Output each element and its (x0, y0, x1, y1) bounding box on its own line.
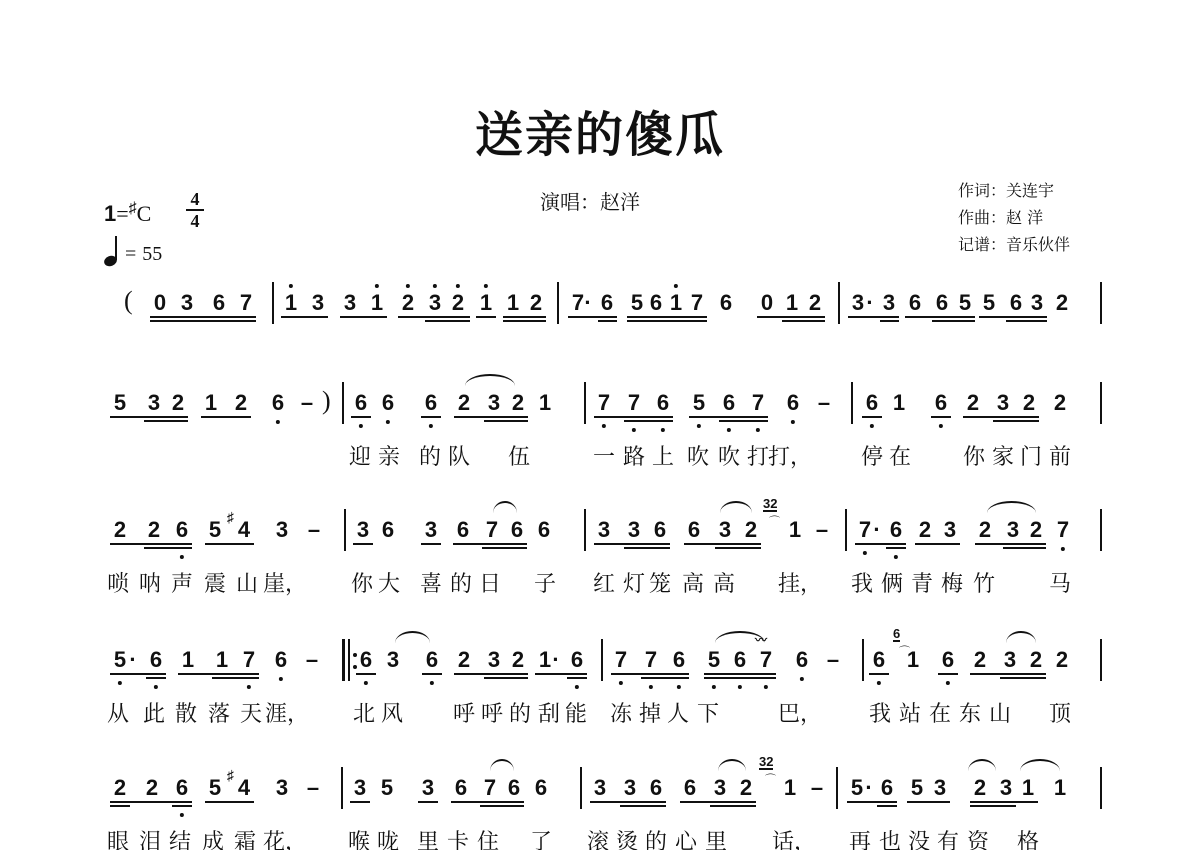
note: 2 (974, 775, 986, 801)
transcriber: 记谱：音乐伙伴 (958, 231, 1070, 258)
beam-underline (704, 677, 776, 679)
note: 6 (866, 390, 878, 416)
beam-underline (418, 801, 438, 803)
key-signature: 1=♯C (104, 200, 151, 227)
barline (862, 639, 864, 681)
note: 6 (657, 390, 669, 416)
note: 2 (146, 775, 158, 801)
note: 5 (381, 775, 393, 801)
low-octave-dot (429, 424, 433, 428)
note: 3 (429, 290, 441, 316)
note: 6 (425, 390, 437, 416)
note: 2 (452, 290, 464, 316)
beam-underline (503, 320, 546, 322)
beam-underline (340, 316, 387, 318)
lyric-syllable: 再 (849, 825, 871, 850)
low-octave-dot (276, 420, 280, 424)
beam-underline (1006, 320, 1047, 322)
note: 3 (1007, 517, 1019, 543)
note: 6 (176, 775, 188, 801)
beam-underline (350, 801, 370, 803)
note: 3 (624, 775, 636, 801)
note: 2 (740, 775, 752, 801)
note: 6 (909, 290, 921, 316)
note: 3 (883, 290, 895, 316)
note: 6 (796, 647, 808, 673)
composer: 作曲：赵 洋 (958, 204, 1070, 231)
low-octave-dot (649, 685, 653, 689)
note: 3 (598, 517, 610, 543)
lyric-syllable: 结 (169, 825, 191, 850)
note: 6 (890, 517, 902, 543)
note: 2 (235, 390, 247, 416)
note: 7 (598, 390, 610, 416)
lyric-syllable: 崖， (263, 567, 307, 598)
barline (1100, 767, 1102, 809)
beam-underline (877, 805, 897, 807)
beam-underline (627, 320, 707, 322)
note: 2 (1054, 390, 1066, 416)
note: 6 (684, 775, 696, 801)
beam-underline (684, 543, 761, 545)
low-octave-dot (697, 424, 701, 428)
note: 7 (1057, 517, 1069, 543)
lyric-syllable: 呼 (453, 697, 475, 728)
lyric-syllable: 震 (204, 567, 226, 598)
note: 2 (1023, 390, 1035, 416)
low-octave-dot (619, 681, 623, 685)
note: 0 (154, 290, 166, 316)
low-octave-dot (727, 428, 731, 432)
beam-underline (905, 316, 975, 318)
lyric-syllable: 打 (747, 440, 769, 471)
note: 3 (312, 290, 324, 316)
note: 3 (422, 775, 434, 801)
lyric-syllable: 喜 (420, 567, 442, 598)
lyric-syllable: 话， (772, 825, 816, 850)
dash-sustain: – (811, 775, 823, 801)
lyric-syllable: 你 (963, 440, 985, 471)
barline (344, 509, 346, 551)
low-octave-dot (247, 685, 251, 689)
beam-underline (567, 677, 587, 679)
note: 6 (355, 390, 367, 416)
note: 6 (1010, 290, 1022, 316)
beam-underline (178, 673, 259, 675)
lyric-syllable: 资 (967, 825, 989, 850)
lyric-syllable: 前 (1049, 440, 1071, 471)
note: 3 (357, 517, 369, 543)
barline (1100, 382, 1102, 424)
note: 1 (1054, 775, 1066, 801)
lyric-syllable: 从 (107, 697, 129, 728)
low-octave-dot (791, 420, 795, 424)
note: 2 (967, 390, 979, 416)
note: 6 (688, 517, 700, 543)
note: 5 (959, 290, 971, 316)
beam-underline (757, 316, 825, 318)
note: 2 (114, 775, 126, 801)
lyric-syllable: 花， (263, 825, 307, 850)
note: 2 (458, 647, 470, 673)
notes-line: 22654♯3–35367663366321–5·653231132⌒ (0, 775, 1200, 815)
beam-underline (205, 801, 254, 803)
beam-underline (353, 543, 373, 545)
lyric-syllable: 迎 (349, 440, 371, 471)
note: 1 (507, 290, 519, 316)
notes-line: 036713312321127·6561760123·36655632( (0, 290, 1200, 330)
lyric-syllable: 成 (202, 825, 224, 850)
low-octave-dot (946, 681, 950, 685)
note: 7 (572, 290, 584, 316)
note: 1 (539, 647, 551, 673)
lyric-syllable: 了 (530, 825, 552, 850)
note: 6 (213, 290, 225, 316)
performer: 演唱：赵洋 (540, 186, 640, 215)
lyric-syllable: 笼 (649, 567, 671, 598)
note: 7 (760, 647, 772, 673)
note: 3 (852, 290, 864, 316)
note: 6 (650, 290, 662, 316)
note: 6 (734, 647, 746, 673)
beam-underline (482, 547, 527, 549)
beam-underline (931, 416, 951, 418)
lyric-syllable: 眼 (107, 825, 129, 850)
note: 3 (997, 390, 1009, 416)
note: 1 (670, 290, 682, 316)
lyric-syllable: 的 (419, 440, 441, 471)
quarter-note-icon (103, 236, 119, 266)
note: 6 (508, 775, 520, 801)
tempo-bpm: 55 (142, 243, 162, 266)
lyric-syllable: 挂， (778, 567, 822, 598)
note: 6 (272, 390, 284, 416)
lyric-syllable: 青 (911, 567, 933, 598)
beam-underline (689, 416, 768, 418)
barline (1100, 509, 1102, 551)
note: 6 (942, 647, 954, 673)
beam-underline (535, 673, 587, 675)
note: 2 (172, 390, 184, 416)
note: 6 (275, 647, 287, 673)
high-octave-dot (484, 284, 488, 288)
lyric-syllable: 打， (768, 440, 812, 471)
key-tonic: 1 (104, 201, 116, 226)
low-octave-dot (800, 677, 804, 681)
note: 6 (673, 647, 685, 673)
note: 5 (209, 517, 221, 543)
lyric-syllable: 呐 (139, 567, 161, 598)
note: 7 (243, 647, 255, 673)
note: 2 (809, 290, 821, 316)
low-octave-dot (430, 681, 434, 685)
dotted-rhythm: · (552, 647, 559, 673)
dotted-rhythm: · (873, 517, 880, 543)
note: 3 (387, 647, 399, 673)
beam-underline (281, 316, 328, 318)
beam-underline (970, 805, 1016, 807)
low-octave-dot (359, 424, 363, 428)
lyric-syllable: 下 (697, 697, 719, 728)
beam-underline (150, 316, 256, 318)
note: 1 (285, 290, 297, 316)
beam-underline (915, 543, 960, 545)
lyric-syllable: 里 (705, 825, 727, 850)
note: 6 (936, 290, 948, 316)
lyric-syllable: 山 (236, 567, 258, 598)
beam-underline (476, 316, 496, 318)
note: 6 (571, 647, 583, 673)
beam-underline (963, 416, 1039, 418)
beam-underline (886, 547, 906, 549)
lyric-syllable: 呼 (481, 697, 503, 728)
lyric-syllable: 山 (989, 697, 1011, 728)
lyric-syllable: 风 (381, 697, 403, 728)
lyricist: 作词：关连宇 (958, 177, 1070, 204)
grace-note: 32 (763, 497, 777, 512)
low-octave-dot (738, 685, 742, 689)
beam-underline (869, 673, 889, 675)
note: 7 (645, 647, 657, 673)
low-octave-dot (279, 677, 283, 681)
beam-underline (201, 416, 251, 418)
note: 3 (181, 290, 193, 316)
beam-underline (611, 673, 689, 675)
beam-underline (848, 316, 899, 318)
beam-underline (150, 320, 256, 322)
lyric-syllable: 唢 (107, 567, 129, 598)
lyric-syllable: 格 (1017, 825, 1039, 850)
lyric-syllable: 此 (143, 697, 165, 728)
note: 7 (615, 647, 627, 673)
beam-underline (421, 543, 441, 545)
beam-underline (484, 420, 528, 422)
song-title: 送亲的傻瓜 (0, 96, 1200, 165)
high-octave-dot (433, 284, 437, 288)
lyric-syllable: 伍 (508, 440, 530, 471)
note: 1 (539, 390, 551, 416)
note: 0 (761, 290, 773, 316)
note: 1 (480, 290, 492, 316)
low-octave-dot (602, 424, 606, 428)
note: 2 (1056, 290, 1068, 316)
lyric-syllable: 落 (208, 697, 230, 728)
high-octave-dot (456, 284, 460, 288)
note: 6 (457, 517, 469, 543)
lyric-syllable: 在 (929, 697, 951, 728)
note: 7 (240, 290, 252, 316)
note: 2 (1030, 647, 1042, 673)
barline (851, 382, 853, 424)
note: 6 (382, 517, 394, 543)
slur-arc (718, 759, 746, 771)
barline (838, 282, 840, 324)
note: 6 (360, 647, 372, 673)
lyric-syllable: 也 (879, 825, 901, 850)
note: 5 (631, 290, 643, 316)
lyric-syllable: 子 (534, 567, 556, 598)
barline (272, 282, 274, 324)
low-octave-dot (180, 813, 184, 817)
lyric-syllable: 烫 (616, 825, 638, 850)
lyric-syllable: 巴， (778, 697, 822, 728)
lyric-syllable: 的 (645, 825, 667, 850)
barline (1100, 282, 1102, 324)
repeat-dot (353, 653, 357, 657)
note: 4♯ (238, 775, 250, 801)
lyric-syllable: 住 (477, 825, 499, 850)
lyric-syllable: 俩 (881, 567, 903, 598)
low-octave-dot (870, 424, 874, 428)
lyric-syllable: 门 (1020, 440, 1042, 471)
lyric-syllable: 一 (593, 440, 615, 471)
note: 6 (511, 517, 523, 543)
beam-underline (641, 677, 689, 679)
notes-line: 22654♯3–36367663366321–7·623232732⌒ (0, 517, 1200, 557)
beam-underline (351, 416, 371, 418)
note: 1 (786, 290, 798, 316)
note: 3 (944, 517, 956, 543)
note: 3 (276, 517, 288, 543)
lyric-syllable: 马 (1049, 567, 1071, 598)
mordent-icon: 〰 (755, 631, 764, 648)
beam-underline (110, 673, 166, 675)
repeat-barline-thick (342, 639, 345, 681)
note: 3 (1031, 290, 1043, 316)
beam-underline (356, 673, 376, 675)
beam-underline (212, 677, 259, 679)
low-octave-dot (180, 555, 184, 559)
lyric-syllable: 涯， (265, 697, 309, 728)
lyric-syllable: 北 (353, 697, 375, 728)
beam-underline (624, 547, 670, 549)
intro-paren-open: ( (124, 286, 133, 316)
note: 3 (714, 775, 726, 801)
note: 2 (919, 517, 931, 543)
note: 2 (512, 390, 524, 416)
lyric-syllable: 日 (479, 567, 501, 598)
note: 6 (654, 517, 666, 543)
beam-underline (715, 547, 761, 549)
slur-arc (1006, 631, 1036, 643)
beam-underline (627, 316, 707, 318)
barline (601, 639, 603, 681)
low-octave-dot (661, 428, 665, 432)
beam-underline (484, 677, 528, 679)
beam-underline (932, 320, 975, 322)
lyric-syllable: 你 (351, 567, 373, 598)
sharp-icon: ♯ (227, 509, 234, 525)
beam-underline (782, 320, 825, 322)
beam-underline (880, 320, 899, 322)
lyric-syllable: 停 (861, 440, 883, 471)
beam-underline (146, 677, 166, 679)
note: 3 (1004, 647, 1016, 673)
slur-arc (395, 631, 430, 643)
note: 3 (719, 517, 731, 543)
beam-underline (110, 543, 192, 545)
key-equals: = (116, 201, 128, 226)
beam-underline (620, 805, 666, 807)
low-octave-dot (1061, 547, 1065, 551)
note: 5 (209, 775, 221, 801)
low-octave-dot (756, 428, 760, 432)
beam-underline (110, 805, 130, 807)
dotted-rhythm: · (584, 290, 591, 316)
credits: 作词：关连宇 作曲：赵 洋 记谱：音乐伙伴 (958, 177, 1070, 258)
barline (342, 382, 344, 424)
lyric-syllable: 人 (667, 697, 689, 728)
low-octave-dot (575, 685, 579, 689)
slur-arc (968, 759, 996, 771)
lyric-syllable: 高 (713, 567, 735, 598)
beam-underline (1003, 547, 1046, 549)
note: 1 (789, 517, 801, 543)
beam-underline (421, 416, 441, 418)
barline (557, 282, 559, 324)
note: 6 (455, 775, 467, 801)
lyric-syllable: 心 (675, 825, 697, 850)
lyric-syllable: 天 (240, 697, 262, 728)
lyric-syllable: 的 (450, 567, 472, 598)
beam-underline (422, 673, 442, 675)
note: 2 (530, 290, 542, 316)
slur-arc (987, 501, 1036, 513)
note: 3 (488, 390, 500, 416)
note: 3 (934, 775, 946, 801)
lyric-syllable: 路 (623, 440, 645, 471)
lyric-syllable: 灯 (623, 567, 645, 598)
low-octave-dot (632, 428, 636, 432)
note: 3 (344, 290, 356, 316)
low-octave-dot (712, 685, 716, 689)
note: 6 (873, 647, 885, 673)
note: 5 (851, 775, 863, 801)
lyric-syllable: 刮 (538, 697, 560, 728)
lyric-syllable: 吹 (687, 440, 709, 471)
dash-sustain: – (308, 517, 320, 543)
time-bottom: 4 (186, 212, 204, 230)
low-octave-dot (677, 685, 681, 689)
note: 2 (1056, 647, 1068, 673)
note: 5 (693, 390, 705, 416)
low-octave-dot (364, 681, 368, 685)
beam-underline (453, 543, 527, 545)
note: 2 (979, 517, 991, 543)
lyric-syllable: 站 (899, 697, 921, 728)
note: 6 (601, 290, 613, 316)
grace-note: 6 (893, 627, 900, 642)
low-octave-dot (764, 685, 768, 689)
slur-arc (1020, 759, 1060, 771)
lyric-syllable: 东 (959, 697, 981, 728)
dash-sustain: – (307, 775, 319, 801)
note: 6 (881, 775, 893, 801)
lyric-syllable: 亲 (378, 440, 400, 471)
beam-underline (144, 547, 192, 549)
beam-underline (847, 801, 897, 803)
dotted-rhythm: · (866, 290, 873, 316)
sharp-icon: ♯ (129, 200, 137, 217)
note: 4♯ (238, 517, 250, 543)
note: 5 (114, 390, 126, 416)
repeat-dot (353, 665, 357, 669)
dash-sustain: – (818, 390, 830, 416)
lyric-syllable: 顶 (1049, 697, 1071, 728)
tempo-equals: = (125, 243, 136, 266)
barline (584, 382, 586, 424)
high-octave-dot (375, 284, 379, 288)
